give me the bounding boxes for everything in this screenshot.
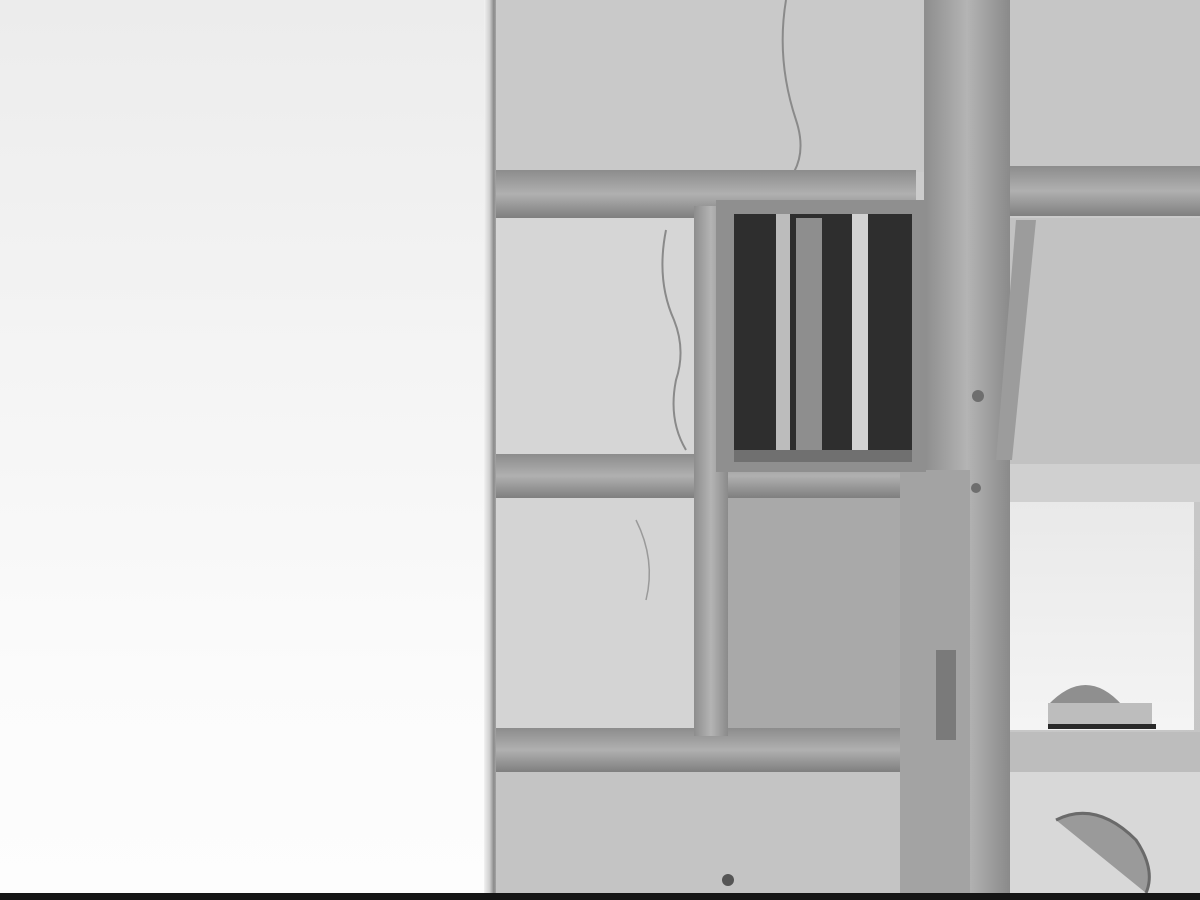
window-bar bbox=[776, 214, 790, 458]
barred-window bbox=[716, 200, 926, 472]
horizontal-beam bbox=[996, 464, 1200, 502]
plaster-panel bbox=[496, 498, 700, 728]
plaster-panel bbox=[1008, 218, 1200, 464]
half-timbered-wall bbox=[496, 0, 1200, 893]
plaster-panel bbox=[496, 770, 900, 893]
blank-white-area bbox=[0, 0, 490, 893]
lower-window-panel bbox=[726, 478, 910, 734]
horizontal-beam bbox=[1010, 166, 1200, 216]
window-bar bbox=[796, 218, 822, 454]
bottom-border bbox=[0, 893, 1200, 900]
plaster-panel bbox=[1008, 0, 1200, 168]
photograph bbox=[0, 0, 1200, 900]
plaster-panel bbox=[496, 0, 924, 172]
window-bar bbox=[852, 214, 868, 458]
plaster-panel bbox=[496, 218, 704, 454]
vertical-post bbox=[900, 470, 970, 893]
